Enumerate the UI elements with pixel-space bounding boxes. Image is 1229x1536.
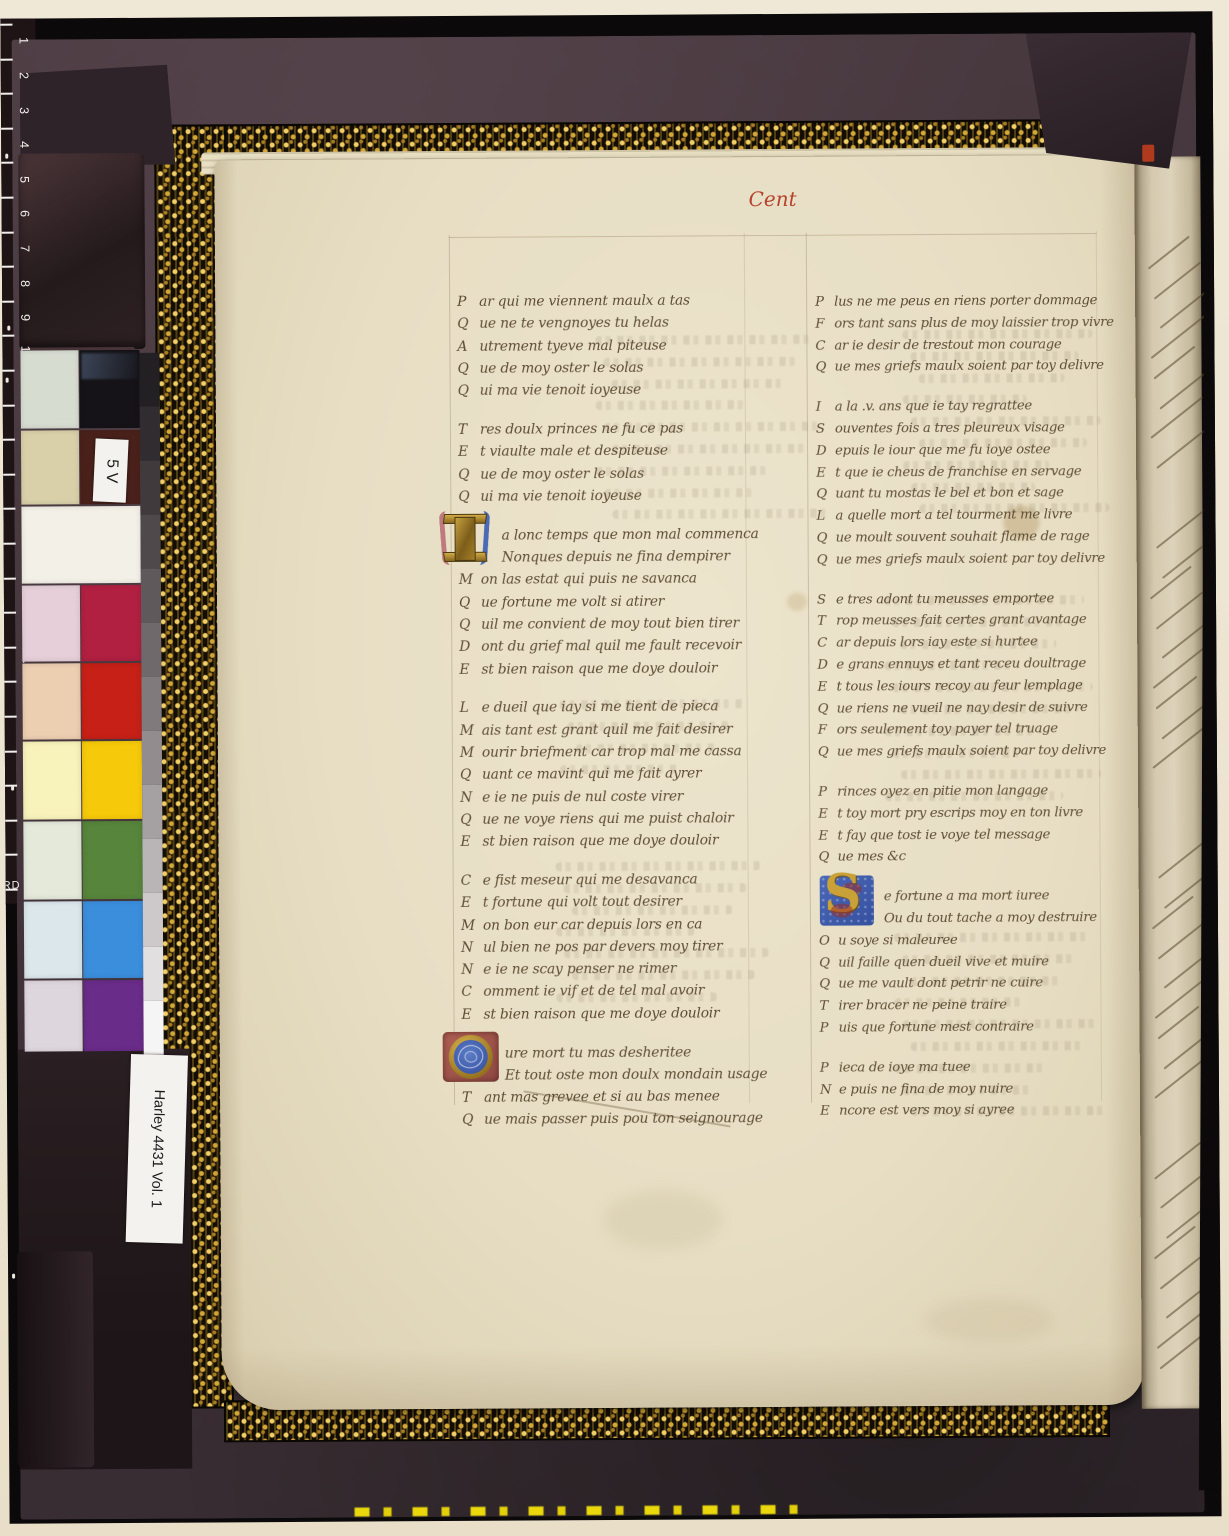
chart-patch-tint — [20, 350, 78, 428]
verse-line: Ia la .v. ans que ie tay regrattee — [816, 399, 1032, 415]
verse-line: Par qui me viennent maulx a tas — [457, 293, 690, 310]
verse-line: Trop meusses fait certes grant avantage — [817, 612, 1086, 629]
verse-line: De grans ennuys et tant receu doultrage — [817, 656, 1086, 673]
chart-patch-tint — [22, 585, 80, 661]
ruler-tick — [0, 93, 12, 95]
verse-line: Que de moy oster le solas — [458, 465, 644, 482]
verse-line: Mon bon eur car depuis lors en ca — [461, 916, 702, 933]
verse-line: Mais tant est grant quil me fait desirer — [460, 721, 733, 739]
gutter-shadow-right — [1199, 42, 1222, 1490]
ruler-tick — [2, 439, 15, 441]
verse-line: Que mais passer puis pou ton seignourage — [462, 1110, 763, 1128]
verse-line: Encore est vers moy si ayree — [820, 1103, 1014, 1119]
verse-line: Et que ie cheus de franchise en servage — [816, 464, 1081, 481]
chart-patch-tint — [21, 430, 79, 504]
headband-red — [1142, 145, 1154, 162]
ruler-tick — [3, 577, 16, 579]
chart-patch-solid — [83, 980, 143, 1051]
shelfmark-label: Harley 4431 Vol. 1 — [147, 1089, 166, 1208]
ruler-tick — [3, 646, 16, 648]
chart-patch-white — [21, 506, 140, 584]
ruler-tick — [0, 24, 12, 26]
verse-line: Tirer bracer ne peine traire — [819, 998, 1006, 1014]
verse-line: Quil me convient de moy tout bien tirer — [459, 615, 739, 633]
verse-line: Autrement tyeve mal piteuse — [457, 337, 666, 354]
ruler-number: 2 — [15, 67, 31, 83]
leather-clamp-bottom-left — [17, 1251, 94, 1467]
leather-clamp-top-left — [18, 153, 145, 350]
grayscale-step — [142, 839, 162, 893]
ruler-tick — [1, 231, 14, 233]
verse-line: Ne ie ne scay penser ne rimer — [461, 961, 676, 978]
verse-line: Que ne te vengnoyes tu helas — [457, 315, 669, 332]
chart-patch-solid — [82, 741, 142, 819]
chart-patch-tint — [22, 663, 80, 739]
verse-line: Et fay que tost ie voye tel message — [818, 827, 1050, 843]
verse-line: Quil faille quen dueil vive et muire — [819, 954, 1049, 970]
ruler-number: 8 — [16, 275, 32, 291]
folio-number-label: 5 V — [101, 458, 120, 483]
ruler-tick — [3, 681, 16, 683]
verse-line: Qui ma vie tenoit ioyeuse — [458, 382, 641, 399]
grayscale-step — [141, 623, 161, 677]
ruler-tick — [1, 300, 14, 302]
verse-line: La quelle mort a tel tourment me livre — [816, 507, 1072, 524]
verse-line: Ne ie ne puis de nul coste virer — [460, 788, 683, 805]
ruler-tick — [0, 127, 13, 129]
verse-line: Quant ce mavint qui me fait ayrer — [460, 766, 701, 783]
dust-speck — [5, 154, 8, 159]
chart-patch-solid — [81, 585, 141, 661]
chart-patch-tint — [24, 980, 82, 1051]
verse-line: Tant mas grevee et si au bas menee — [462, 1088, 720, 1106]
chart-patch-tint — [24, 901, 82, 978]
ruler-tick — [3, 612, 16, 614]
dust-speck — [11, 786, 14, 791]
ruler-tick — [5, 854, 18, 856]
dust-speck — [7, 326, 10, 331]
dust-speck — [6, 378, 9, 383]
verse-line: Et viaulte male et despiteuse — [458, 443, 668, 460]
ruler-number: 6 — [16, 206, 32, 222]
verse-line: Mourir briefment car trop mal me cassa — [460, 743, 742, 761]
grayscale-step — [139, 353, 159, 407]
verse-line: Le dueil que iay si me tient de pieca — [460, 699, 719, 717]
illuminated-initial-I — [439, 513, 489, 561]
verse-line: Ou soye si maleuree — [819, 933, 958, 949]
dust-speck — [12, 1274, 15, 1279]
verse-line: Car ie desir de trestout mon courage — [815, 337, 1061, 354]
verse-line: Ce fist meseur qui me desavanca — [461, 871, 698, 888]
facing-page-edge — [1134, 156, 1208, 1408]
verse-line: Mon las estat qui puis ne savanca — [459, 571, 697, 588]
chart-patch-tint — [23, 741, 81, 819]
ruler-tick — [1, 266, 14, 268]
chart-patch-tint — [23, 821, 81, 899]
ruler-tick — [2, 404, 15, 406]
ruler-tick — [4, 750, 17, 752]
verse-line: Que mes griefs maulx soient par toy deli… — [817, 551, 1105, 568]
verse-line: Depuis le iour que me fu ioye ostee — [816, 442, 1050, 458]
ruler-tick — [4, 716, 17, 718]
ruler-number: 9 — [16, 310, 32, 326]
verse-line: Nonques depuis ne fina dempirer — [502, 548, 730, 565]
verse-line: Et tous les iours recoy au feur lemplage — [817, 678, 1082, 695]
grayscale-step — [143, 1001, 163, 1055]
ruler-tick — [3, 543, 16, 545]
verse-line: Princes oyez en pitie mon langage — [818, 783, 1048, 799]
verse-line: Que mes &c — [819, 850, 906, 866]
ruler-number: 3 — [15, 102, 31, 118]
grayscale-step — [142, 731, 162, 785]
verse-line: Dont du grief mal quil me fault recevoir — [459, 637, 741, 655]
verse-line: Est bien raison que me doye douloir — [460, 832, 718, 850]
ruler-tick — [1, 197, 14, 199]
grayscale-step — [142, 785, 162, 839]
verse-line: Et tout oste mon doulx mondain usage — [505, 1066, 768, 1084]
verse-line: a lonc temps que mon mal commenca — [502, 526, 759, 544]
ruler-tick — [0, 162, 13, 164]
verse-line: Nul bien ne pos par devers moy tirer — [461, 938, 722, 956]
verse-line: Comment ie vif et de tel mal avoir — [461, 983, 704, 1000]
grayscale-step — [141, 569, 161, 623]
grayscale-step — [141, 677, 161, 731]
chart-patch-solid — [82, 821, 142, 899]
illuminated-initial-S: S — [820, 876, 874, 926]
illuminated-initial-D — [443, 1031, 499, 1081]
ruler-number: 5 — [15, 171, 31, 187]
chart-patch-solid — [81, 663, 141, 739]
ruler-tick — [5, 889, 18, 891]
verse-line: Que mes griefs maulx soient par toy deli… — [818, 743, 1106, 760]
verse-line: Car depuis lors iay este si hurtee — [817, 635, 1037, 651]
verse-line: ure mort tu mas desheritee — [505, 1044, 691, 1061]
verse-line: Quant tu mostas le bel et bon et sage — [816, 486, 1063, 503]
scene: Cent Par qui me viennent maulx a tasQue … — [0, 11, 1221, 1523]
folio-number-sticker: 5 V — [93, 438, 129, 502]
verse-line: Que de moy oster le solas — [458, 360, 644, 377]
running-header: Cent — [748, 187, 796, 211]
verse-line: Tres doulx princes ne fu ce pas — [458, 421, 683, 438]
verse-line: Que ne voye riens qui me puist chaloir — [460, 810, 733, 828]
ruler-tick — [2, 473, 15, 475]
verse-line: e fortune a ma mort iuree — [884, 889, 1049, 905]
verse-line: Que fortune me volt si atirer — [459, 593, 664, 610]
parchment-stain — [787, 593, 807, 611]
felt-flap-top-right — [1026, 32, 1193, 169]
verse-line: Ne puis ne fina de moy nuire — [820, 1081, 1013, 1097]
ruler-tick — [1, 335, 14, 337]
verse-line: Que moult souvent souhait flame de rage — [817, 529, 1090, 546]
ruler-tick — [0, 58, 12, 60]
film-reflection — [81, 353, 137, 379]
grayscale-step — [140, 407, 160, 461]
verse-line: Pieca de ioye ma tuee — [820, 1060, 971, 1076]
verse-line: Plus ne me peus en riens porter dommage — [815, 293, 1097, 310]
verse-line: Puis que fortune mest contraire — [820, 1019, 1034, 1035]
shelfmark-sticker: Harley 4431 Vol. 1 — [126, 1054, 188, 1244]
photo-black-frame: Cent Par qui me viennent maulx a tasQue … — [0, 11, 1221, 1523]
verse-line: Que riens ne vueil ne nay desir de suivr… — [818, 700, 1088, 717]
verse-line: Est bien raison que me doye douloir — [459, 660, 717, 678]
verse-line: Est bien raison que me doye douloir — [461, 1005, 719, 1023]
ruler-tick — [2, 508, 15, 510]
chart-patch-solid — [83, 901, 143, 978]
manuscript-photo: Cent Par qui me viennent maulx a tasQue … — [0, 0, 1229, 1536]
ruler-tick — [4, 819, 17, 821]
verse-line: Qui ma vie tenoit ioyeuse — [458, 488, 641, 505]
verse-line: Ou du tout tache a moy destruire — [884, 910, 1097, 926]
grayscale-step — [140, 515, 160, 569]
ruler-number: 1 — [15, 33, 31, 49]
verse-line: Se tres adont tu meusses emportee — [817, 591, 1054, 607]
felt-flap-top-left — [20, 65, 176, 166]
verse-line: Fors seulement toy payer tel truage — [818, 722, 1058, 738]
verse-line: Que me vault dont petrir ne cuire — [819, 976, 1043, 992]
verse-line: Souventes fois a tres pleureux visage — [816, 420, 1065, 437]
ruler-number: 7 — [16, 240, 32, 256]
verse-line: Et toy mort pry escrips moy en ton livre — [818, 805, 1083, 822]
ruler-tick — [2, 370, 15, 372]
grayscale-step — [143, 893, 163, 947]
verse-line: Et fortune qui volt tout desirer — [461, 894, 682, 911]
verse-line: Que mes griefs maulx soient par toy deli… — [816, 358, 1104, 375]
ruler-number: 4 — [15, 137, 31, 153]
grayscale-step — [143, 947, 163, 1001]
grayscale-step — [140, 461, 160, 515]
verse-line: Fors tant sans plus de moy laissier trop… — [815, 315, 1113, 332]
